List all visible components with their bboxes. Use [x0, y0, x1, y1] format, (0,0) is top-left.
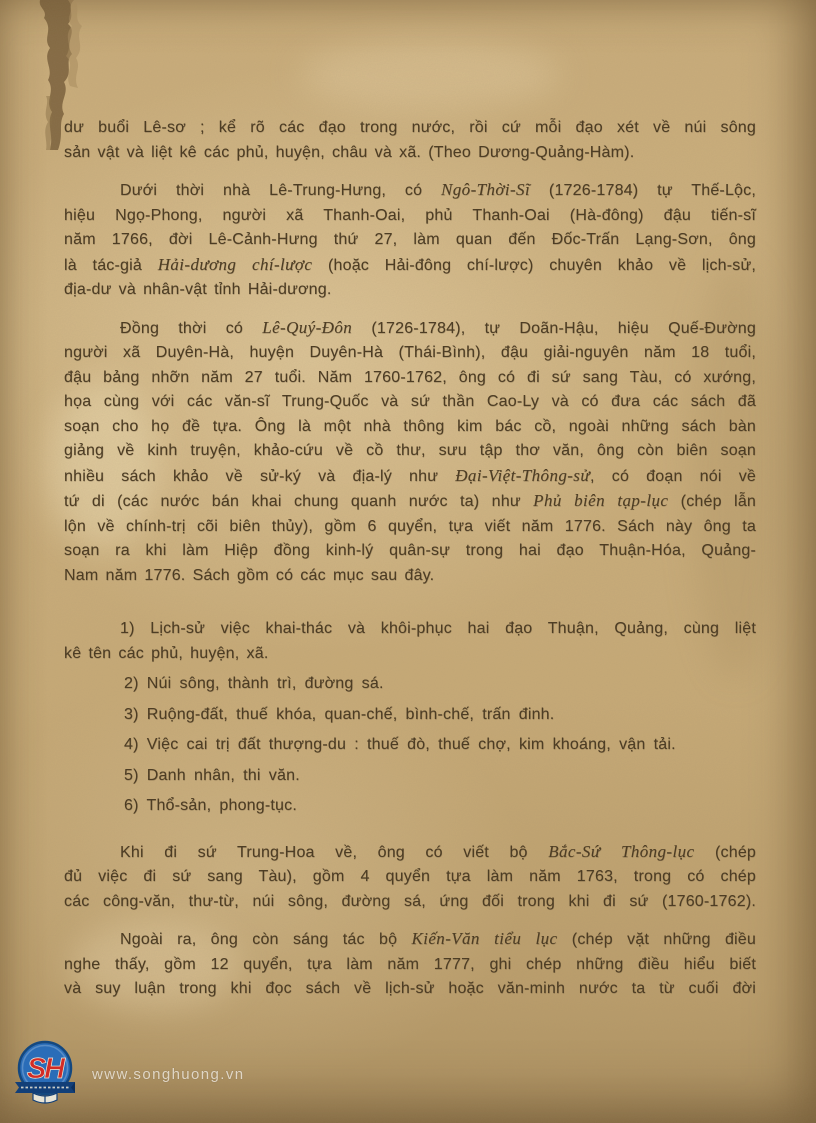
text-line: lộn về chính-trị cõi biên thủy), gồm 6 q… — [64, 515, 756, 540]
watermark: SH www.songhuong.vn — [12, 1040, 90, 1106]
text-line: giảng về kinh truyện, khảo-cứu về cồ thư… — [64, 439, 756, 464]
text-line: Nam năm 1776. Sách gồm có các mục sau đâ… — [64, 564, 756, 589]
text-line: Dưới thời nhà Lê-Trung-Hưng, có Ngô-Thời… — [64, 178, 756, 204]
list-item: 3) Ruộng-đất, thuế khóa, quan-chế, bình-… — [64, 703, 756, 728]
text-line: các công-văn, thư-từ, núi sông, đường sá… — [64, 890, 756, 915]
text-line: Đồng thời có Lê-Quý-Đôn (1726-1784), tự … — [64, 316, 756, 342]
book-title: Lê-Quý-Đôn — [262, 318, 352, 337]
text-line: họa cùng với các văn-sĩ Trung-Quốc và sứ… — [64, 390, 756, 415]
text-line: nghe thấy, gồm 12 quyển, tựa làm năm 177… — [64, 953, 756, 978]
list-item: 2) Núi sông, thành trì, đường sá. — [64, 672, 756, 697]
text-line: 5) Danh nhân, thi văn. — [64, 764, 756, 789]
body-text: và suy luận trong khi đọc sách về lịch-s… — [64, 980, 756, 997]
text-line: 3) Ruộng-đất, thuế khóa, quan-chế, bình-… — [64, 703, 756, 728]
book-title: Phủ biên tạp-lục — [533, 491, 668, 510]
body-text: (hoặc Hải-đông chí-lược) chuyên khảo về … — [312, 257, 756, 274]
body-text: Đồng thời có — [120, 320, 262, 337]
body-text: 3) Ruộng-đất, thuế khóa, quan-chế, bình-… — [124, 706, 554, 723]
paragraph: Đồng thời có Lê-Quý-Đôn (1726-1784), tự … — [64, 316, 756, 589]
list-item: 4) Việc cai trị đất thượng-du : thuế đò,… — [64, 733, 756, 758]
body-text: (chép lẫn — [668, 493, 756, 510]
list-item: 1) Lịch-sử việc khai-thác và khôi-phục h… — [64, 617, 756, 666]
list-item: 5) Danh nhân, thi văn. — [64, 764, 756, 789]
body-text: , có đoạn nói về — [590, 468, 756, 485]
body-text: dư buổi Lê-sơ ; kể rõ các đạo trong nước… — [64, 119, 756, 136]
text-block: dư buổi Lê-sơ ; kể rõ các đạo trong nước… — [64, 116, 756, 1002]
body-text: tứ di (các nước bán khai chung quanh nướ… — [64, 493, 533, 510]
body-text: Nam năm 1776. Sách gồm có các mục sau đâ… — [64, 567, 434, 584]
text-line: Khi đi sứ Trung-Hoa về, ông có viết bộ B… — [64, 840, 756, 866]
book-title: Đại-Việt-Thông-sử — [455, 466, 590, 485]
text-line: 2) Núi sông, thành trì, đường sá. — [64, 672, 756, 697]
body-text: (1726-1784) tự Thế-Lộc, — [530, 182, 756, 199]
body-text: họa cùng với các văn-sĩ Trung-Quốc và sứ… — [64, 393, 756, 410]
body-text: sản vật và liệt kê các phủ, huyện, châu … — [64, 144, 634, 161]
book-title: Ngô-Thời-Sĩ — [441, 180, 530, 199]
body-text: (chép vặt những điều — [558, 931, 757, 948]
paragraph: Khi đi sứ Trung-Hoa về, ông có viết bộ B… — [64, 840, 756, 915]
text-line: 6) Thổ-sản, phong-tục. — [64, 794, 756, 819]
text-line: đủ việc đi sứ sang Tàu), gồm 4 quyển tựa… — [64, 865, 756, 890]
body-text: hiệu Ngọ-Phong, người xã Thanh-Oai, phủ … — [64, 207, 756, 224]
text-line: sản vật và liệt kê các phủ, huyện, châu … — [64, 141, 756, 166]
paragraph: dư buổi Lê-sơ ; kể rõ các đạo trong nước… — [64, 116, 756, 165]
book-title: Kiến-Văn tiểu lục — [411, 929, 557, 948]
text-line: kê tên các phủ, huyện, xã. — [64, 642, 756, 667]
body-text: 5) Danh nhân, thi văn. — [124, 767, 300, 784]
body-text: là tác-giả — [64, 257, 158, 274]
text-line: tứ di (các nước bán khai chung quanh nướ… — [64, 489, 756, 515]
body-text: người xã Duyên-Hà, huyện Duyên-Hà (Thái-… — [64, 344, 756, 361]
list-item: 6) Thổ-sản, phong-tục. — [64, 794, 756, 819]
text-line: 1) Lịch-sử việc khai-thác và khôi-phục h… — [64, 617, 756, 642]
body-text: Khi đi sứ Trung-Hoa về, ông có viết bộ — [120, 844, 548, 861]
text-line: hiệu Ngọ-Phong, người xã Thanh-Oai, phủ … — [64, 204, 756, 229]
text-line: soạn ra khi làm Hiệp đồng kinh-lý quân-s… — [64, 539, 756, 564]
body-text: địa-dư và nhân-vật tỉnh Hải-dương. — [64, 281, 332, 298]
body-text: kê tên các phủ, huyện, xã. — [64, 645, 269, 662]
book-title: Bắc-Sứ Thông-lục — [548, 842, 694, 861]
text-line: là tác-giả Hải-dương chí-lược (hoặc Hải-… — [64, 253, 756, 279]
body-text: (1726-1784), tự Doãn-Hậu, hiệu Quế-Đường — [352, 320, 756, 337]
text-line: nhiều sách khảo về sử-ký và địa-lý như Đ… — [64, 464, 756, 490]
paper-stain — [300, 40, 560, 110]
text-line: địa-dư và nhân-vật tỉnh Hải-dương. — [64, 278, 756, 303]
text-line: Ngoài ra, ông còn sáng tác bộ Kiến-Văn t… — [64, 927, 756, 953]
body-text: Dưới thời nhà Lê-Trung-Hưng, có — [120, 182, 441, 199]
body-text: soạn cho họ đề tựa. Ông là một nhà thông… — [64, 418, 756, 435]
songhuong-logo: SH — [12, 1040, 90, 1106]
paragraph: Ngoài ra, ông còn sáng tác bộ Kiến-Văn t… — [64, 927, 756, 1002]
body-text: nhiều sách khảo về sử-ký và địa-lý như — [64, 468, 455, 485]
scanned-book-page: dư buổi Lê-sơ ; kể rõ các đạo trong nước… — [0, 0, 816, 1123]
text-line: và suy luận trong khi đọc sách về lịch-s… — [64, 977, 756, 1002]
body-text: soạn ra khi làm Hiệp đồng kinh-lý quân-s… — [64, 542, 756, 559]
body-text: đủ việc đi sứ sang Tàu), gồm 4 quyển tựa… — [64, 868, 756, 885]
text-line: người xã Duyên-Hà, huyện Duyên-Hà (Thái-… — [64, 341, 756, 366]
body-text: 4) Việc cai trị đất thượng-du : thuế đò,… — [124, 736, 676, 753]
body-text: 6) Thổ-sản, phong-tục. — [124, 797, 297, 814]
text-line: dư buổi Lê-sơ ; kể rõ các đạo trong nước… — [64, 116, 756, 141]
body-text: 1) Lịch-sử việc khai-thác và khôi-phục h… — [120, 620, 756, 637]
paragraph: Dưới thời nhà Lê-Trung-Hưng, có Ngô-Thời… — [64, 178, 756, 303]
body-text: năm 1766, đời Lê-Cảnh-Hưng thứ 27, làm q… — [64, 231, 756, 248]
body-text: lộn về chính-trị cõi biên thủy), gồm 6 q… — [64, 518, 756, 535]
book-title: Hải-dương chí-lược — [158, 255, 313, 274]
body-text: giảng về kinh truyện, khảo-cứu về cồ thư… — [64, 442, 756, 459]
logo-sh-letters: SH — [27, 1053, 66, 1085]
watermark-url: www.songhuong.vn — [92, 1066, 245, 1083]
body-text: (chép — [694, 844, 756, 861]
body-text: Ngoài ra, ông còn sáng tác bộ — [120, 931, 411, 948]
text-line: năm 1766, đời Lê-Cảnh-Hưng thứ 27, làm q… — [64, 228, 756, 253]
text-line: đậu bảng nhỡn năm 27 tuổi. Năm 1760-1762… — [64, 366, 756, 391]
text-line: soạn cho họ đề tựa. Ông là một nhà thông… — [64, 415, 756, 440]
body-text: 2) Núi sông, thành trì, đường sá. — [124, 675, 384, 692]
body-text: nghe thấy, gồm 12 quyển, tựa làm năm 177… — [64, 956, 756, 973]
body-text: các công-văn, thư-từ, núi sông, đường sá… — [64, 893, 756, 910]
text-line: 4) Việc cai trị đất thượng-du : thuế đò,… — [64, 733, 756, 758]
body-text: đậu bảng nhỡn năm 27 tuổi. Năm 1760-1762… — [64, 369, 756, 386]
